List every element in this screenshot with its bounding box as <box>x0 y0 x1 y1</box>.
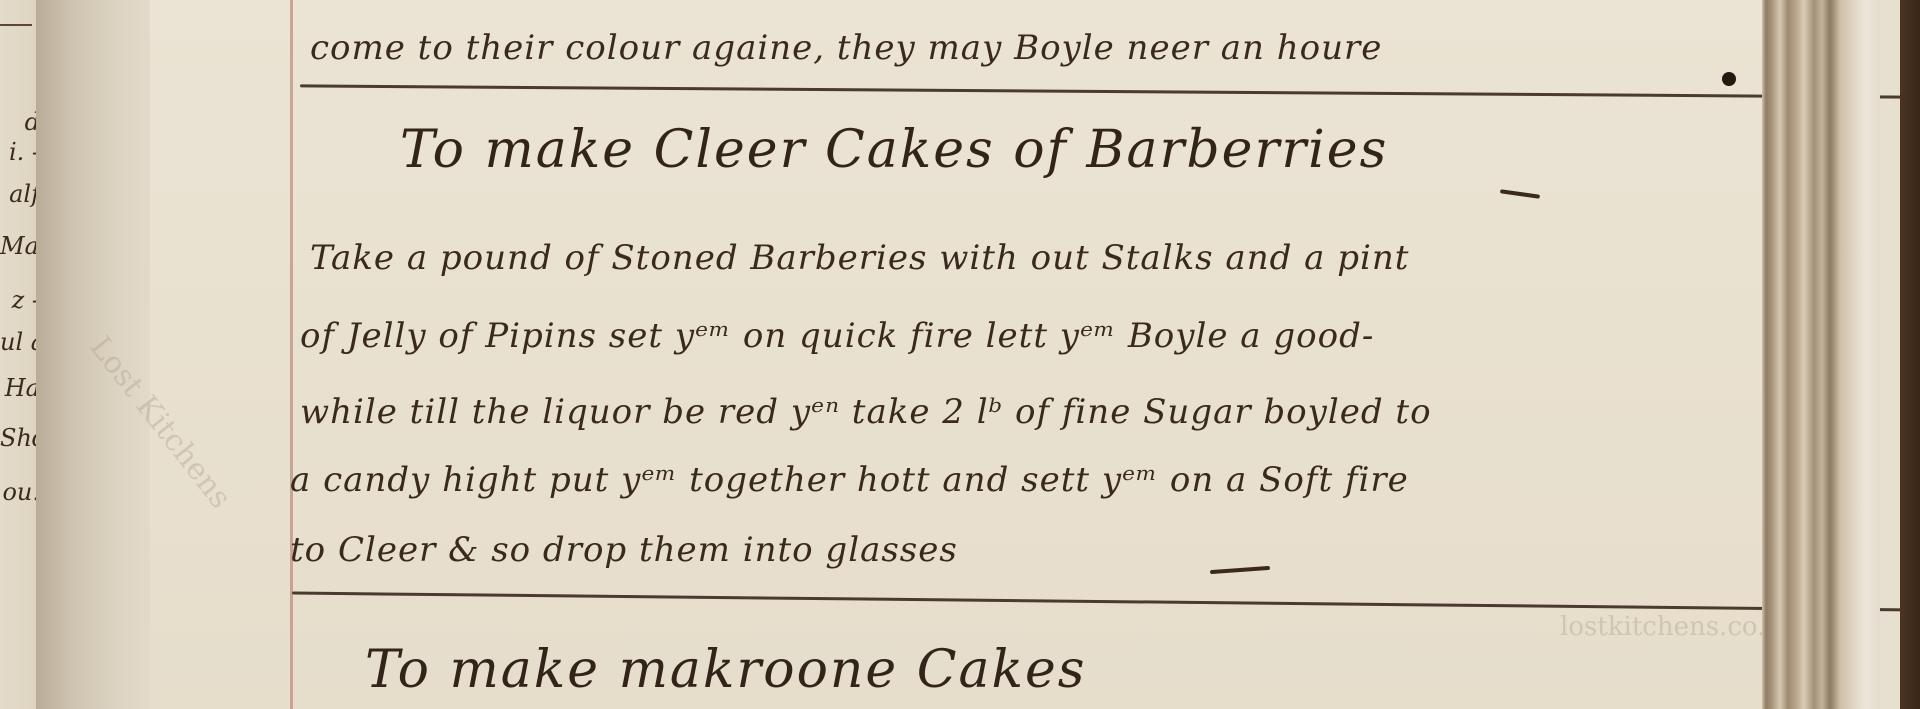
page-edges <box>1762 0 1880 709</box>
book-cover-edge <box>1900 0 1920 709</box>
recipe-line-5: to Cleer & so drop them into glasses <box>290 530 958 570</box>
left-fragment: Ha <box>0 374 40 402</box>
left-page-rule <box>0 24 32 26</box>
recipe-line-4: a candy hight put yᵉᵐ together hott and … <box>290 460 1409 500</box>
left-fragment: z - <box>0 286 40 314</box>
recipe-title: To make Cleer Cakes of Barberries <box>400 120 1388 180</box>
previous-recipe-tail: come to their colour againe, they may Bo… <box>310 28 1382 68</box>
title-flourish <box>1500 189 1540 199</box>
ink-blot <box>1722 72 1736 86</box>
end-flourish <box>1210 566 1270 574</box>
left-fragment: Shd <box>0 424 40 452</box>
left-fragment: i. - <box>0 138 40 166</box>
left-fragment: ul a. <box>0 328 40 356</box>
left-fragment: ou. <box>0 478 40 506</box>
left-fragment: alf <box>0 180 40 208</box>
section-divider <box>300 84 1912 98</box>
manuscript-page: come to their colour againe, they may Bo… <box>150 0 1762 709</box>
recipe-line-2: of Jelly of Pipins set yᵉᵐ on quick fire… <box>300 316 1374 356</box>
recipe-line-3: while till the liquor be red yᵉⁿ take 2 … <box>300 392 1432 432</box>
left-facing-page: d i. - alf Mar z - ul a. Ha Shd ou. <box>0 0 40 709</box>
manuscript-scan: d i. - alf Mar z - ul a. Ha Shd ou. come… <box>0 0 1920 709</box>
left-fragment: d <box>0 108 40 136</box>
left-fragment: Mar <box>0 232 40 260</box>
section-divider <box>292 592 1912 612</box>
margin-line <box>290 0 293 709</box>
next-recipe-title: To make makroone Cakes <box>365 640 1086 700</box>
recipe-line-1: Take a pound of Stoned Barberies with ou… <box>310 238 1409 278</box>
